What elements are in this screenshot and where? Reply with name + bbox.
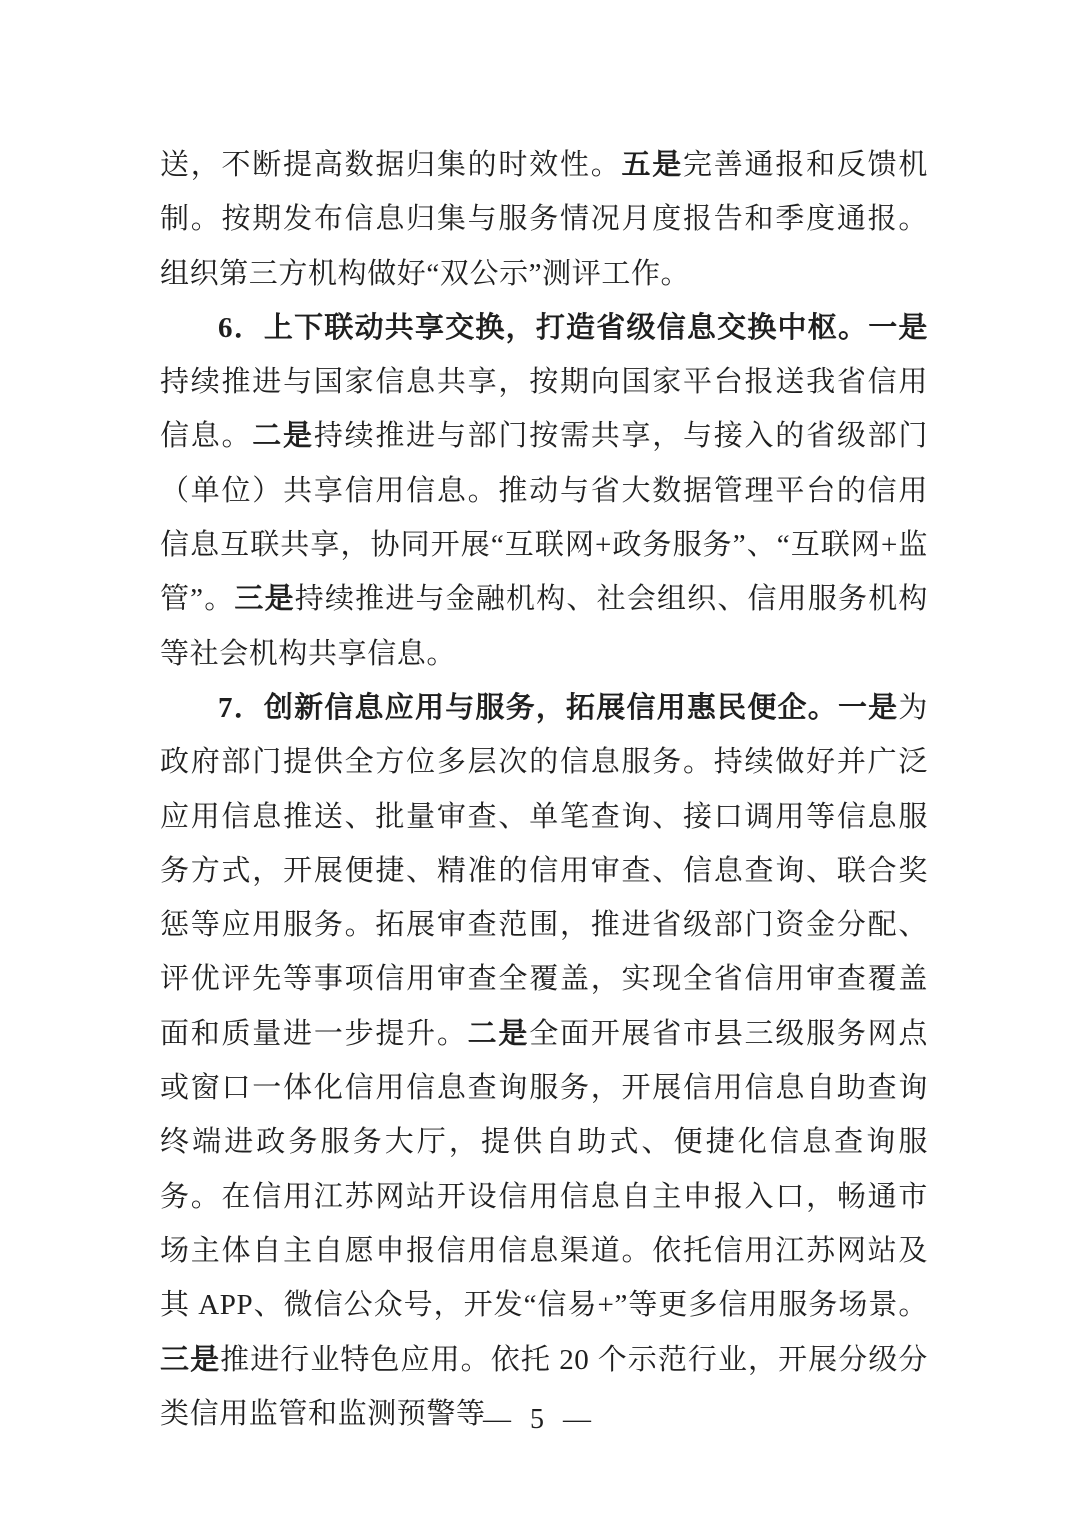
document-body: 送，不断提高数据归集的时效性。五是完善通报和反馈机制。按期发布信息归集与服务情况… [160,138,928,1441]
text-run: 全面开展省市县三级服务网点或窗口一体化信用信息查询服务，开展信用信息自助查询终端… [160,1018,928,1321]
bold-run: 三是 [160,1344,220,1376]
bold-run: 五是 [621,149,683,181]
bold-run: 6．上下联动共享交换，打造省级信息交换中枢。 [218,312,868,344]
document-page: 送，不断提高数据归集的时效性。五是完善通报和反馈机制。按期发布信息归集与服务情况… [0,0,1080,1527]
bold-run: 二是 [252,420,314,452]
page-footer: — 5 — [0,1398,1080,1442]
page-number: — 5 — [483,1404,597,1435]
text-run: 送，不断提高数据归集的时效性。 [160,149,621,181]
bold-run: 二是 [468,1018,530,1050]
paragraph: 送，不断提高数据归集的时效性。五是完善通报和反馈机制。按期发布信息归集与服务情况… [160,138,928,301]
text-run: 为政府部门提供全方位多层次的信息服务。持续做好并广泛应用信息推送、批量审查、单笔… [160,692,928,1050]
bold-run: 三是 [234,583,294,615]
bold-run: 一是 [838,692,898,724]
paragraph: 6．上下联动共享交换，打造省级信息交换中枢。一是持续推进与国家信息共享，按期向国… [160,301,928,681]
bold-run: 7．创新信息应用与服务，拓展信用惠民便企。 [218,692,838,724]
paragraph: 7．创新信息应用与服务，拓展信用惠民便企。一是为政府部门提供全方位多层次的信息服… [160,681,928,1441]
bold-run: 一是 [868,312,928,344]
